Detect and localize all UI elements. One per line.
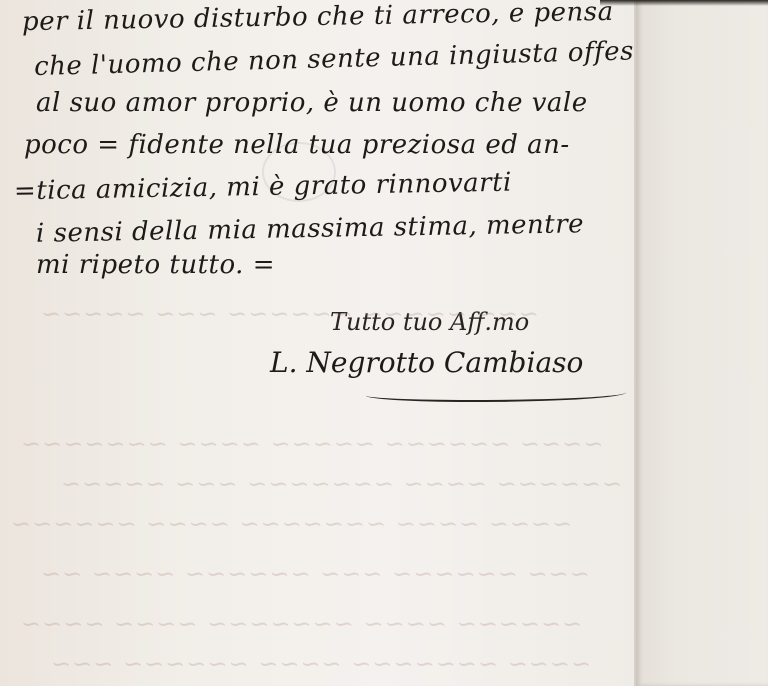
letter-page-right (636, 0, 768, 686)
body-line-7: mi ripeto tutto. = (36, 250, 275, 280)
bleed-through-line: ~~~~ ~~~~~~ ~~~~~ ~~~~ ~~~~~~~ (20, 430, 603, 458)
body-line-6: i sensi della mia massima stima, mentre (36, 209, 585, 249)
edge-shadow (600, 0, 768, 6)
bleed-through-line: ~~~ ~~~~~~ ~~~ ~~~~~~ ~~~~ ~~ (40, 560, 590, 588)
signature: L. Negrotto Cambiaso (270, 346, 583, 379)
body-line-4: poco = fidente nella tua preziosa ed an- (24, 130, 570, 160)
bleed-through-line: ~~~~~~ ~~~~ ~~~~~~~ ~~~~ ~~~~ (20, 610, 582, 638)
body-line-1: per il nuovo disturbo che ti arreco, e p… (22, 0, 614, 37)
body-line-5: =tica amicizia, mi è grato rinnovarti (14, 168, 512, 207)
letter-photo: per il nuovo disturbo che ti arreco, e p… (0, 0, 768, 686)
bleed-through-line: ~~~ ~~~~~ ~~~~~~ ~~~ ~~~~~ (40, 300, 539, 328)
signature-flourish (366, 386, 626, 402)
bleed-through-line: ~~~~ ~~~~ ~~~~~~~ ~~~~ ~~~~~~ (10, 510, 572, 538)
bleed-through-line: ~~~~~~ ~~~~ ~~~~~~~ ~~~ ~~~~~ (60, 470, 622, 498)
body-line-3: al suo amor proprio, è un uomo che vale (36, 88, 588, 118)
letter-page-left: per il nuovo disturbo che ti arreco, e p… (0, 0, 636, 686)
bleed-through-line: ~~~~ ~~~~~~~ ~~~~ ~~~~~~ ~~~ (50, 650, 591, 678)
body-line-2: che l'uomo che non sente una ingiusta of… (34, 36, 651, 82)
